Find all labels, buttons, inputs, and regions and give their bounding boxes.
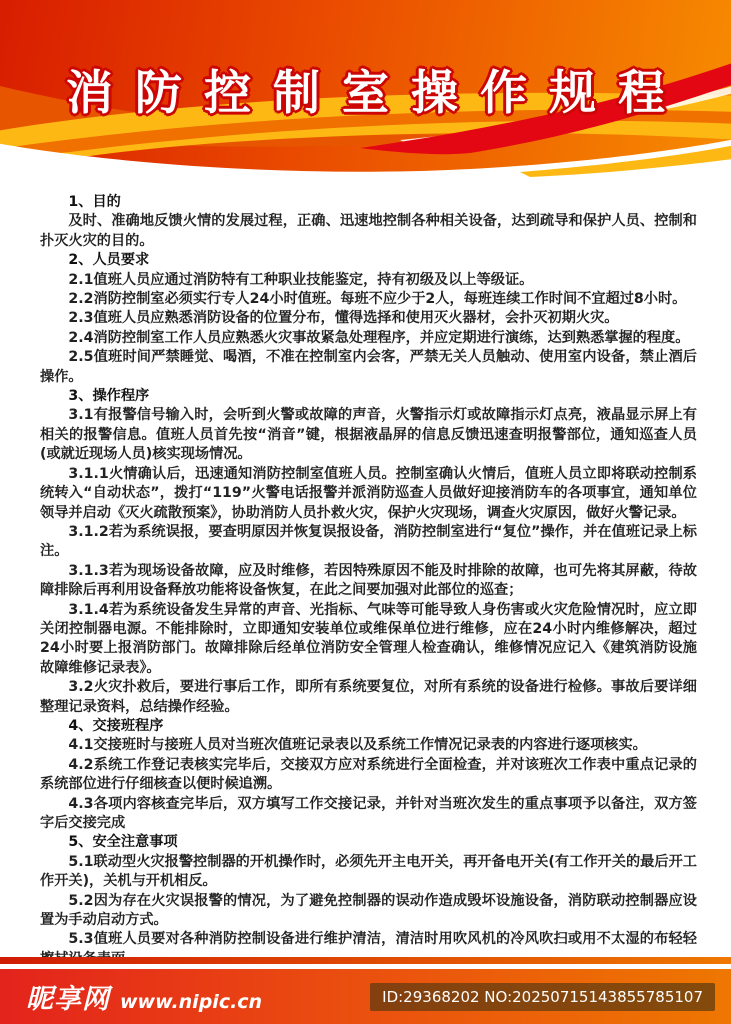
section-paragraph: 2.4消防控制室工作人员应熟悉火灾事故紧急处理程序，并应定期进行演练，达到熟悉掌… bbox=[40, 329, 697, 348]
section-paragraph: 4.2系统工作登记表核实完毕后，交接双方应对系统进行全面检查，并对该班次工作表中… bbox=[40, 756, 697, 795]
section-paragraph: 4.3各项内容核查完毕后，双方填写工作交接记录，并针对当班次发生的重点事项予以备… bbox=[40, 795, 697, 834]
section-paragraph: 2.3值班人员应熟悉消防设备的位置分布，懂得选择和使用灭火器材，会扑灭初期火灾。 bbox=[40, 309, 697, 328]
poster-page: 消防控制室操作规程 1、目的及时、准确地反馈火情的发展过程，正确、迅速地控制各种… bbox=[0, 0, 731, 1024]
section-heading: 1、目的 bbox=[40, 193, 697, 212]
section-paragraph: 3.1.2若为系统误报，要查明原因并恢复误报设备，消防控制室进行“复位”操作，并… bbox=[40, 523, 697, 562]
section-heading: 3、操作程序 bbox=[40, 387, 697, 406]
poster-title: 消防控制室操作规程 bbox=[0, 56, 731, 123]
footer: 昵享网 www.nipic.cn ID:29368202 NO:20250715… bbox=[0, 957, 731, 1024]
brand-website: www.nipic.cn bbox=[120, 991, 262, 1013]
footer-accent-stripe bbox=[0, 957, 731, 964]
section-heading: 4、交接班程序 bbox=[40, 717, 697, 736]
section-paragraph: 2.1值班人员应通过消防特有工种职业技能鉴定，持有初级及以上等级证。 bbox=[40, 271, 697, 290]
section-paragraph: 3.2火灾扑救后，要进行事后工作，即所有系统要复位，对所有系统的设备进行检修。事… bbox=[40, 678, 697, 717]
section-heading: 5、安全注意事项 bbox=[40, 833, 697, 852]
section-paragraph: 3.1.4若为系统设备发生异常的声音、光指标、气味等可能导致人身伤害或火灾危险情… bbox=[40, 601, 697, 679]
section-paragraph: 5.1联动型火灾报警控制器的开机操作时，必须先开主电开关，再开备电开关(有工作开… bbox=[40, 853, 697, 892]
brand-logo: 昵享网 www.nipic.cn bbox=[26, 977, 262, 1016]
section-paragraph: 5.2因为存在火灾误报警的情况，为了避免控制器的误动作造成毁坏设施设备，消防联动… bbox=[40, 892, 697, 931]
image-id-badge: ID:29368202 NO:20250715143855785107 bbox=[370, 983, 715, 1011]
section-paragraph: 3.1有报警信号输入时，会听到火警或故障的声音，火警指示灯或故障指示灯点亮，液晶… bbox=[40, 406, 697, 464]
section-paragraph: 4.1交接班时与接班人员对当班次值班记录表以及系统工作情况记录表的内容进行逐项核… bbox=[40, 736, 697, 755]
section-paragraph: 及时、准确地反馈火情的发展过程，正确、迅速地控制各种相关设备，达到疏导和保护人员… bbox=[40, 212, 697, 251]
section-paragraph: 3.1.1火情确认后，迅速通知消防控制室值班人员。控制室确认火情后，值班人员立即… bbox=[40, 465, 697, 523]
section-paragraph: 2.5值班时间严禁睡觉、喝酒，不准在控制室内会客，严禁无关人员触动、使用室内设备… bbox=[40, 348, 697, 387]
brand-name: 昵享网 bbox=[26, 977, 110, 1016]
footer-bar: 昵享网 www.nipic.cn ID:29368202 NO:20250715… bbox=[0, 969, 731, 1024]
document-body: 1、目的及时、准确地反馈火情的发展过程，正确、迅速地控制各种相关设备，达到疏导和… bbox=[0, 186, 731, 1008]
header-banner: 消防控制室操作规程 bbox=[0, 0, 731, 186]
section-heading: 2、人员要求 bbox=[40, 251, 697, 270]
section-paragraph: 2.2消防控制室必须实行专人24小时值班。每班不应少于2人，每班连续工作时间不宜… bbox=[40, 290, 697, 309]
section-paragraph: 3.1.3若为现场设备故障，应及时维修，若因特殊原因不能及时排除的故障，也可先将… bbox=[40, 562, 697, 601]
